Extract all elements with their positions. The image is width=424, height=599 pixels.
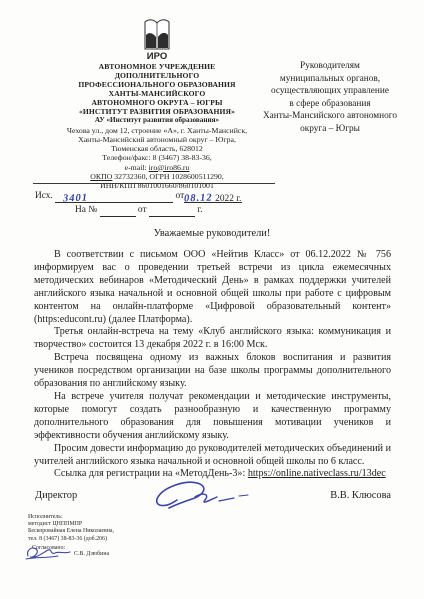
org-address-line: Ханты-Мансийский автономный округ – Югра… <box>30 135 284 144</box>
addressee-line: Ханты-Мансийского автономного <box>248 110 412 123</box>
signature-stroke-icon <box>24 542 76 562</box>
greeting: Уважаемые руководители! <box>0 228 424 239</box>
open-book-icon: ИРО <box>140 18 174 60</box>
approved-signature <box>24 542 76 565</box>
org-logo: ИРО <box>30 18 284 60</box>
incoming-label: На № <box>75 205 97 215</box>
body-paragraph: В соответствии с письмом ООО «Нейтив Кла… <box>34 249 391 326</box>
addressee-line: Руководителям <box>248 60 412 73</box>
org-address-line: Чехова ул., дом 12, строение «А», г. Хан… <box>30 126 284 135</box>
org-name-line: ХАНТЫ-МАНСИЙСКОГО <box>30 89 284 98</box>
outgoing-date-handwritten: 08.12 <box>184 192 213 207</box>
body-paragraph: Третья онлайн-встреча на тему «Клуб англ… <box>34 326 391 352</box>
incoming-year-label: г. <box>197 205 202 215</box>
outgoing-date-printed: 2022 г. <box>215 194 241 204</box>
executor-line: Бескоровайная Елена Николаевна, <box>28 528 178 535</box>
director-signature <box>147 474 251 517</box>
org-short-name: АУ «Институт развития образования» <box>30 116 284 126</box>
body-paragraph: На встрече учителя получат рекомендации … <box>34 391 391 443</box>
addressee-block: Руководителям муниципальных органов, осу… <box>248 60 412 136</box>
executor-line: Исполнитель: <box>28 514 178 521</box>
addressee-line: осуществляющих управление <box>248 85 412 98</box>
org-address-line: Телефон/факс: 8 (3467) 38-83-36, <box>30 153 284 162</box>
letterhead-divider <box>33 183 275 184</box>
incoming-from-label: от <box>138 205 147 215</box>
reference-block: Исх. 3401 от08.12 2022 г. На № от г. <box>35 189 285 217</box>
body-paragraph: Просим довести информацию до руководител… <box>34 443 391 469</box>
signature-stroke-icon <box>147 474 251 514</box>
approved-row: Согласовано: С.В. Дзюбина <box>28 544 178 562</box>
org-okpo-line: ОКПО 32732360, ОГРН 1028600511290, <box>30 172 284 181</box>
body-paragraph: Встреча посвящена одному из важных блоко… <box>34 352 391 391</box>
okpo-ogrn-numbers: 32732360, ОГРН 1028600511290, <box>112 172 223 181</box>
email-label: e-mail: <box>125 163 149 172</box>
svg-text:ИРО: ИРО <box>147 51 167 60</box>
outgoing-number-handwritten: 3401 <box>63 192 88 207</box>
outgoing-label: Исх. <box>35 191 53 201</box>
addressee-line: округа – Югры <box>248 123 412 136</box>
outgoing-ref-line: Исх. 3401 от08.12 2022 г. <box>35 189 285 203</box>
org-email-link[interactable]: iro@iro86.ru <box>149 163 190 172</box>
org-address-line: Тюменская область, 628012 <box>30 144 284 153</box>
scanned-letter-page: ИРО АВТОНОМНОЕ УЧРЕЖДЕНИЕ ДОПОЛНИТЕЛЬНОГ… <box>0 0 424 599</box>
org-name-line: «ИНСТИТУТ РАЗВИТИЯ ОБРАЗОВАНИЯ» <box>30 107 284 116</box>
signer-position: Директор <box>35 490 77 501</box>
letter-body: В соответствии с письмом ООО «Нейтив Кла… <box>34 249 391 481</box>
signer-name: В.В. Клюсова <box>330 490 391 501</box>
org-name-line: ДОПОЛНИТЕЛЬНОГО <box>30 71 284 80</box>
signature-row: Директор В.В. Клюсова <box>35 474 391 517</box>
org-name-line: ПРОФЕССИОНАЛЬНОГО ОБРАЗОВАНИЯ <box>30 80 284 89</box>
addressee-line: в сфере образования <box>248 98 412 111</box>
executor-block: Исполнитель: методист ЦНППМПР Бескоровай… <box>28 514 178 562</box>
letterhead-left: ИРО АВТОНОМНОЕ УЧРЕЖДЕНИЕ ДОПОЛНИТЕЛЬНОГ… <box>30 18 284 191</box>
incoming-ref-line: На № от г. <box>75 203 285 217</box>
approved-name: С.В. Дзюбина <box>74 551 109 558</box>
org-email-line: e-mail: iro@iro86.ru <box>30 163 284 172</box>
org-name-line: АВТОНОМНОЕ УЧРЕЖДЕНИЕ <box>30 62 284 71</box>
addressee-line: муниципальных органов, <box>248 73 412 86</box>
okpo-label: ОКПО <box>90 172 112 181</box>
org-name-line: АВТОНОМНОГО ОКРУГА – ЮГРЫ <box>30 98 284 107</box>
